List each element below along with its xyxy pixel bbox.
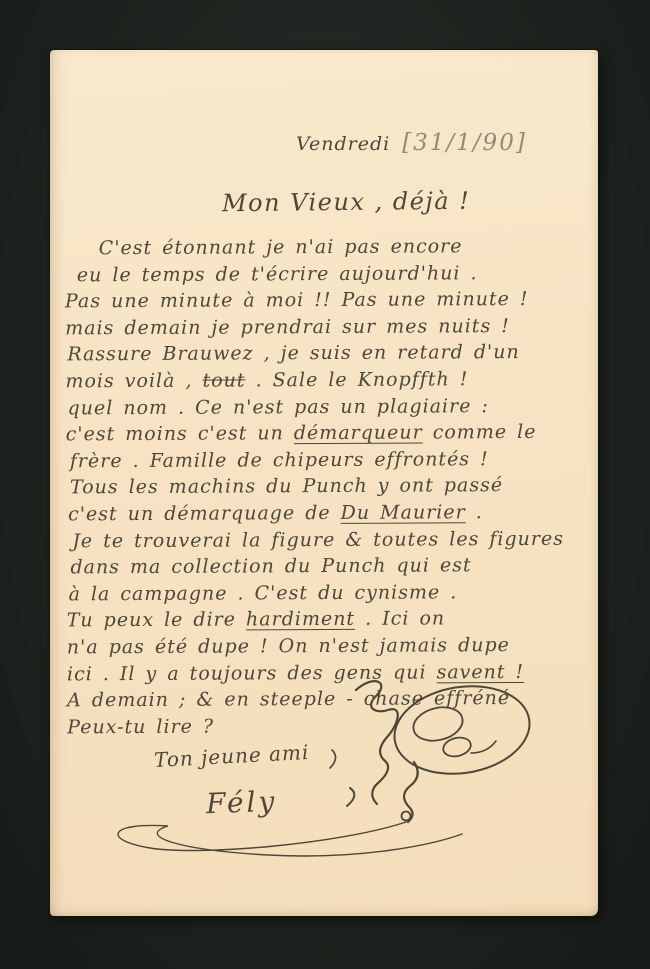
letter-text-segment: n'a pas été dupe ! On n'est jamais dupe (67, 634, 510, 658)
signature: Fély (205, 785, 277, 820)
letter-text-segment: quel nom . Ce n'est pas un plagiaire : (68, 395, 489, 419)
letter-text-segment: dans ma collection du Punch qui est (70, 554, 471, 578)
letter-text-segment: C'est étonnant je n'ai pas encore (99, 235, 463, 259)
letter-text-segment: savent ! (436, 660, 524, 682)
letter-text-segment: eu le temps de t'écrire aujourd'hui . (77, 262, 478, 286)
letter-page: Vendredi[31/1/90] Mon Vieux , déjà ! C'e… (50, 50, 598, 916)
letter-line: Pas une minute à moi !! Pas une minute ! (65, 286, 589, 315)
letter-line: Tous les machins du Punch y ont passé (66, 472, 590, 501)
letter-text-segment: à la campagne . C'est du cynisme . (69, 581, 458, 605)
closing: Ton jeune ami (153, 740, 309, 772)
letter-text-segment: Pas une minute à moi !! Pas une minute ! (65, 288, 529, 312)
letter-line: dans ma collection du Punch qui est (66, 552, 590, 581)
letter-line: Peux-tu lire ? (67, 711, 591, 740)
letter-text-segment: Peux-tu lire ? (67, 715, 214, 738)
letter-text-segment: mais demain je prendrai sur mes nuits ! (65, 315, 510, 339)
letter-text-segment: Du Maurier (341, 501, 466, 524)
letter-line: eu le temps de t'écrire aujourd'hui . (65, 259, 589, 288)
letter-text-segment: ici . Il y a toujours des gens qui (67, 661, 437, 685)
letter-text-segment: c'est moins c'est un (66, 422, 294, 445)
letter-text-segment: frère . Famille de chipeurs effrontés ! (70, 448, 489, 472)
letter-text-segment: Je te trouverai la figure & toutes les f… (72, 527, 564, 552)
salutation: Mon Vieux , déjà ! (222, 187, 471, 218)
letter-line: Rassure Brauwez , je suis en retard d'un (65, 339, 589, 368)
letter-line: C'est étonnant je n'ai pas encore (65, 233, 589, 262)
letter-text-segment: . Ici on (355, 608, 445, 630)
date-line: Vendredi[31/1/90] (296, 130, 527, 156)
letter-body: C'est étonnant je n'ai pas encoreeu le t… (65, 233, 592, 741)
letter-text-segment: Tous les machins du Punch y ont passé (70, 474, 503, 498)
date-pencil-annotation: [31/1/90] (402, 130, 527, 156)
letter-line: mois voilà , tout . Sale le Knopffth ! (65, 366, 589, 395)
letter-line: Je te trouverai la figure & toutes les f… (66, 525, 590, 554)
date-ink-text: Vendredi (296, 133, 390, 155)
letter-text-segment: A demain ; & en steeple - chase effréné (67, 687, 510, 711)
letter-text-segment: Rassure Brauwez , je suis en retard d'un (67, 341, 520, 365)
letter-line: Tu peux le dire hardiment . Ici on (67, 605, 591, 634)
letter-text-segment: hardiment (246, 608, 355, 631)
letter-text-segment: c'est un démarquage de (68, 502, 341, 525)
letter-line: A demain ; & en steeple - chase effréné (67, 685, 591, 714)
letter-line: n'a pas été dupe ! On n'est jamais dupe (67, 632, 591, 661)
signature-flourish (118, 822, 462, 856)
letter-text-segment: . (466, 501, 483, 523)
ink-dot (402, 812, 411, 821)
letter-line: à la campagne . C'est du cynisme . (66, 578, 590, 607)
letter-text-segment: Tu peux le dire (67, 609, 246, 632)
letter-line: c'est un démarquage de Du Maurier . (66, 499, 590, 528)
letter-line: mais demain je prendrai sur mes nuits ! (65, 312, 589, 341)
letter-text-segment: comme le (423, 421, 537, 444)
letter-line: ici . Il y a toujours des gens qui saven… (67, 658, 591, 687)
letter-line: c'est moins c'est un démarqueur comme le (66, 419, 590, 448)
letter-text-segment: tout (202, 369, 245, 391)
letter-text-segment: démarqueur (294, 422, 423, 445)
letter-text-segment: . Sale le Knopffth ! (245, 368, 468, 391)
letter-line: frère . Famille de chipeurs effrontés ! (66, 445, 590, 474)
letter-line: quel nom . Ce n'est pas un plagiaire : (66, 392, 590, 421)
letter-text-segment: mois voilà , (65, 370, 202, 393)
